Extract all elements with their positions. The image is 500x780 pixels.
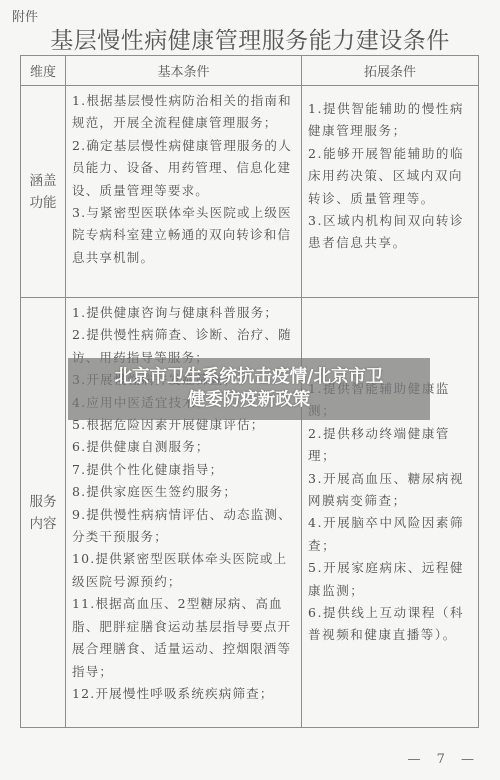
extended-cell: 1.提供智能辅助的慢性病健康管理服务； 2.能够开展智能辅助的临床用药决策、区域… bbox=[302, 86, 479, 298]
caption-overlay: 北京市卫生系统抗击疫情/北京市卫 健委防疫新政策 bbox=[68, 358, 430, 420]
extended-list: 1.提供智能辅助的慢性病健康管理服务； 2.能够开展智能辅助的临床用药决策、区域… bbox=[302, 86, 478, 259]
list-item: 7.提供个性化健康指导； bbox=[72, 459, 295, 481]
list-item: 6.提供健康自测服务； bbox=[72, 436, 295, 458]
basic-cell: 1.根据基层慢性病防治相关的指南和规范，开展全流程健康管理服务； 2.确定基层慢… bbox=[66, 86, 302, 298]
list-item: 3.与紧密型医联体牵头医院或上级医院专病科室建立畅通的双向转诊和信息共享机制。 bbox=[72, 202, 295, 269]
list-item: 2.提供移动终端健康管理； bbox=[308, 423, 472, 468]
list-item: 6.提供线上互动课程（科普视频和健康直播等）。 bbox=[308, 602, 472, 647]
caption-line-1: 北京市卫生系统抗击疫情/北京市卫 bbox=[115, 366, 384, 389]
list-item: 10.提供紧密型医联体牵头医院或上级医院号源预约； bbox=[72, 548, 295, 593]
list-item: 8.提供家庭医生签约服务； bbox=[72, 481, 295, 503]
dimension-cell: 涵盖功能 bbox=[21, 86, 66, 298]
list-item: 1.根据基层慢性病防治相关的指南和规范，开展全流程健康管理服务； bbox=[72, 90, 295, 135]
dimension-label: 涵盖功能 bbox=[28, 170, 58, 214]
table-row: 涵盖功能 1.根据基层慢性病防治相关的指南和规范，开展全流程健康管理服务； 2.… bbox=[21, 86, 479, 298]
dimension-label: 服务内容 bbox=[28, 491, 58, 535]
basic-list: 1.根据基层慢性病防治相关的指南和规范，开展全流程健康管理服务； 2.确定基层慢… bbox=[66, 86, 301, 273]
list-item: 2.能够开展智能辅助的临床用药决策、区域内双向转诊、质量管理等。 bbox=[308, 143, 472, 210]
caption-line-2: 健委防疫新政策 bbox=[188, 389, 311, 412]
list-item: 3.开展高血压、糖尿病视网膜病变筛查； bbox=[308, 468, 472, 513]
list-item: 2.确定基层慢性病健康管理服务的人员能力、设备、用药管理、信息化建设、质量管理等… bbox=[72, 135, 295, 202]
list-item: 4.开展脑卒中风险因素筛查； bbox=[308, 512, 472, 557]
list-item: 12.开展慢性呼吸系统疾病筛查； bbox=[72, 683, 295, 705]
page-number: — 7 — bbox=[407, 752, 480, 767]
dimension-cell: 服务内容 bbox=[21, 298, 66, 728]
list-item: 1.提供智能辅助的慢性病健康管理服务； bbox=[308, 98, 472, 143]
list-item: 9.提供慢性病病情评估、动态监测、分类干预服务； bbox=[72, 504, 295, 549]
list-item: 3.区域内机构间双向转诊患者信息共享。 bbox=[308, 210, 472, 255]
extended-list: 1.提供智能辅助健康监测； 2.提供移动终端健康管理； 3.开展高血压、糖尿病视… bbox=[302, 298, 478, 651]
list-item: 1.提供健康咨询与健康科普服务； bbox=[72, 302, 295, 324]
table-header-row: 维度 基本条件 拓展条件 bbox=[21, 56, 479, 86]
header-basic-conditions: 基本条件 bbox=[66, 56, 302, 86]
header-dimension: 维度 bbox=[21, 56, 66, 86]
header-extended-conditions: 拓展条件 bbox=[302, 56, 479, 86]
list-item: 5.开展家庭病床、远程健康监测； bbox=[308, 557, 472, 602]
list-item: 11.根据高血压、2型糖尿病、高血脂、肥胖症膳食运动基层指导要点开展合理膳食、适… bbox=[72, 593, 295, 683]
document-title: 基层慢性病健康管理服务能力建设条件 bbox=[0, 22, 500, 55]
